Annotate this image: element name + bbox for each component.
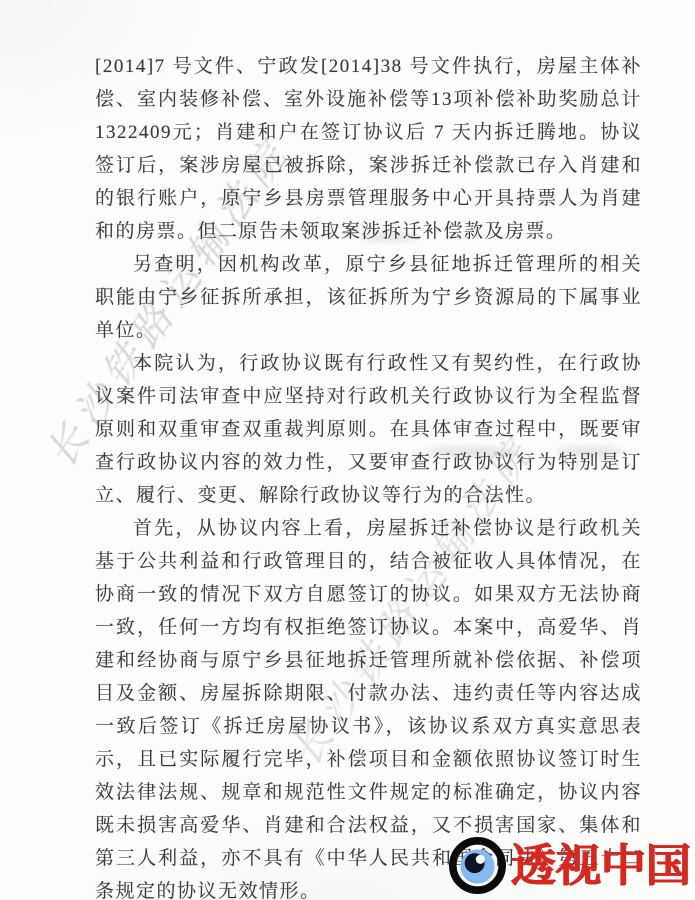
logo-text: 透视中国: [511, 843, 691, 888]
paragraph-additional-findings: 另查明，因机构改革，原宁乡县征地拆迁管理所的相关职能由宁乡征拆所承担，该征拆所为…: [95, 248, 642, 347]
paragraph-court-opinion: 本院认为，行政协议既有行政性又有契约性，在行政协议案件司法审查中应坚持对行政机关…: [95, 347, 642, 512]
judgment-text-block: [2014]7 号文件、宁政发[2014]38 号文件执行，房屋主体补偿、室内装…: [95, 50, 642, 900]
toushi-china-logo: 透视中国: [449, 837, 691, 894]
scanned-document-page: 长沙铁路运输法院 长沙铁路运输法院 [2014]7 号文件、宁政发[2014]3…: [0, 0, 695, 900]
eye-icon: [449, 837, 506, 894]
paragraph-continuation: [2014]7 号文件、宁政发[2014]38 号文件执行，房屋主体补偿、室内装…: [95, 50, 642, 248]
